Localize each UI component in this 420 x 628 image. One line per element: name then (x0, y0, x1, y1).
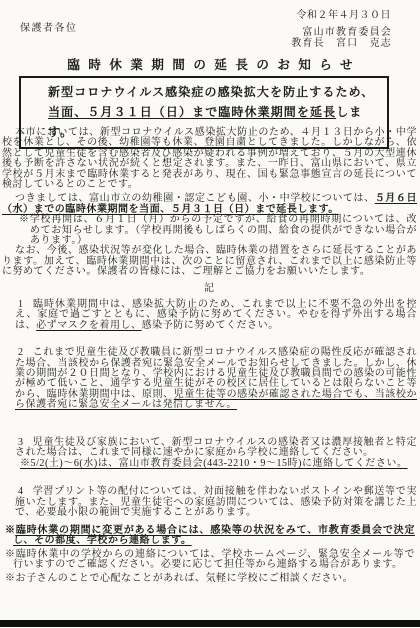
item-3-number: 3 (18, 437, 24, 448)
document-page: 令和２年４月３０日 保護者各位 富山市教育委員会 教育長 宮口 克志 臨時休業期… (0, 0, 420, 628)
paragraph-extension-decision: つきましては、富山市立の幼稚園・認定こども園、小・中学校については、５月６日（水… (2, 194, 417, 215)
item-1-stay-home: 1臨時休業期間中は、感染拡大防止のため、これまで以上に不要不急の外出を控え、家庭… (2, 300, 417, 331)
record-mark: 記 (0, 279, 420, 294)
item-2-emergency-mail: 2これまで児童生徒及び教職員に新型コロナウイルス感染症の陽性反応が確認された場合… (2, 348, 417, 410)
item-3-text: 児童生徒及び家族において、新型コロナウイルスの感染者又は濃厚接触者と特定された場… (15, 437, 417, 458)
paragraph-reopening-note: ※学校再開は、６月１日（月）からの予定ですが、給食の再開時期については、改めてお… (2, 215, 417, 246)
footnote-consultation: ※お子さんのことで心配なことがあれば、気軽に学校にご相談ください。 (5, 574, 415, 584)
body-text: 本市においては、新型コロナウイルス感染拡大防止のため、４月１３日から小・中学校を… (2, 128, 417, 278)
footnote-period-change: ※臨時休業の期間に変更がある場合には、感染等の状況をみて、市教育委員会で決定し、… (5, 526, 415, 547)
paragraph-request: なお、今後、感染状況等が変化した場合、臨時休業の措置をさらに延長することがありま… (2, 246, 417, 277)
paragraph-background: 本市においては、新型コロナウイルス感染拡大防止のため、４月１３日から小・中学校を… (2, 128, 417, 190)
item-4-print-distribution: 4学習プリント等の配付については、対面接触を伴わないポストインや郵送等で実施いた… (2, 487, 417, 518)
item-1-text: 臨時休業期間中は、感染拡大防止のため、これまで以上に不要不急の外出を控え、家庭で… (15, 299, 417, 331)
item-3-contact-school: 3児童生徒及び家族において、新型コロナウイルスの感染者又は濃厚接触者と特定された… (2, 438, 417, 470)
issuer-signer: 教育長 宮口 克志 (291, 39, 392, 50)
issuer-organization: 富山市教育委員会 (291, 28, 392, 39)
document-date: 令和２年４月３０日 (297, 6, 392, 21)
document-title: 臨時休業期間の延長のお知らせ (0, 55, 420, 73)
item-3-holiday-contact-note: ※5/2(土)～6(水)は、富山市教育委員会(443-2210・9～15時)に連… (20, 459, 417, 469)
footnotes: ※臨時休業の期間に変更がある場合には、感染等の状況をみて、市教育委員会で決定し、… (5, 526, 415, 584)
numbered-items: 1臨時休業期間中は、感染拡大防止のため、これまで以上に不要不急の外出を控え、家庭… (2, 300, 417, 519)
item-4-text: 学習プリント等の配付については、対面接触を伴わないポストインや郵送等で実施いたし… (15, 486, 417, 518)
item-4-number: 4 (18, 486, 24, 497)
issuer-block: 富山市教育委員会 教育長 宮口 克志 (291, 28, 392, 49)
addressee-line: 保護者各位 (20, 19, 78, 34)
notice-box-line1: 新型コロナウイルス感染症の感染拡大を防止するため、 (48, 82, 381, 102)
scan-bottom-bar (0, 620, 420, 627)
item-2-number: 2 (18, 347, 24, 358)
item-2-text: これまで児童生徒及び教職員に新型コロナウイルス感染症の陽性反応が確認された場合、… (15, 347, 417, 410)
footnote-school-contact: ※臨時休業中の学校からの連絡については、学校ホームページ、緊急安全メール等で行い… (5, 550, 415, 571)
